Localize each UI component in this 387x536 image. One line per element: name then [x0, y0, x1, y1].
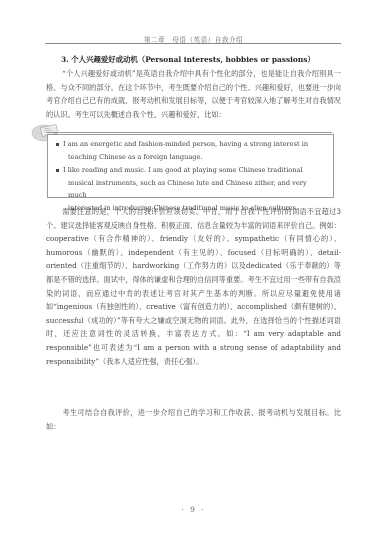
bullet-icon — [56, 169, 59, 172]
section-title: 3. 个人兴趣爱好或动机（Personal interests, hobbies… — [61, 54, 315, 65]
header-divider — [45, 43, 341, 44]
note-paragraph: 需要注意的是，个人的自我评价应该切实、中肯，用于自我个性评价的词语不宜超过3个。… — [46, 205, 341, 368]
example-line: musical instruments, such as Chinese lut… — [56, 177, 326, 202]
note-paragraph-text: 需要注意的是，个人的自我评价应该切实、中肯，用于自我个性评价的词语不宜超过3个。… — [46, 207, 341, 366]
intro-paragraph: “个人兴趣爱好或动机”是英语自我介绍中具有个性化的部分，也是能让自我介绍别具一格… — [46, 67, 341, 121]
example-line: I am an energetic and fashion-minded per… — [56, 138, 326, 151]
example-box: I am an energetic and fashion-minded per… — [47, 134, 334, 198]
page-number: · 9 · — [0, 505, 387, 514]
bullet-icon — [56, 143, 59, 146]
closing-paragraph-text: 考生可结合自我评价，进一步介绍自己的学习和工作收获、报考动机与发展目标。比如： — [46, 408, 341, 431]
intro-paragraph-text: “个人兴趣爱好或动机”是英语自我介绍中具有个性化的部分，也是能让自我介绍别具一格… — [46, 69, 341, 119]
example-line: teaching Chinese as a foreign language. — [56, 151, 326, 164]
example-item: I am an energetic and fashion-minded per… — [56, 138, 326, 163]
example-line: I like reading and music. I am good at p… — [56, 164, 326, 177]
closing-paragraph: 考生可结合自我评价，进一步介绍自己的学习和工作收获、报考动机与发展目标。比如： — [46, 406, 341, 433]
